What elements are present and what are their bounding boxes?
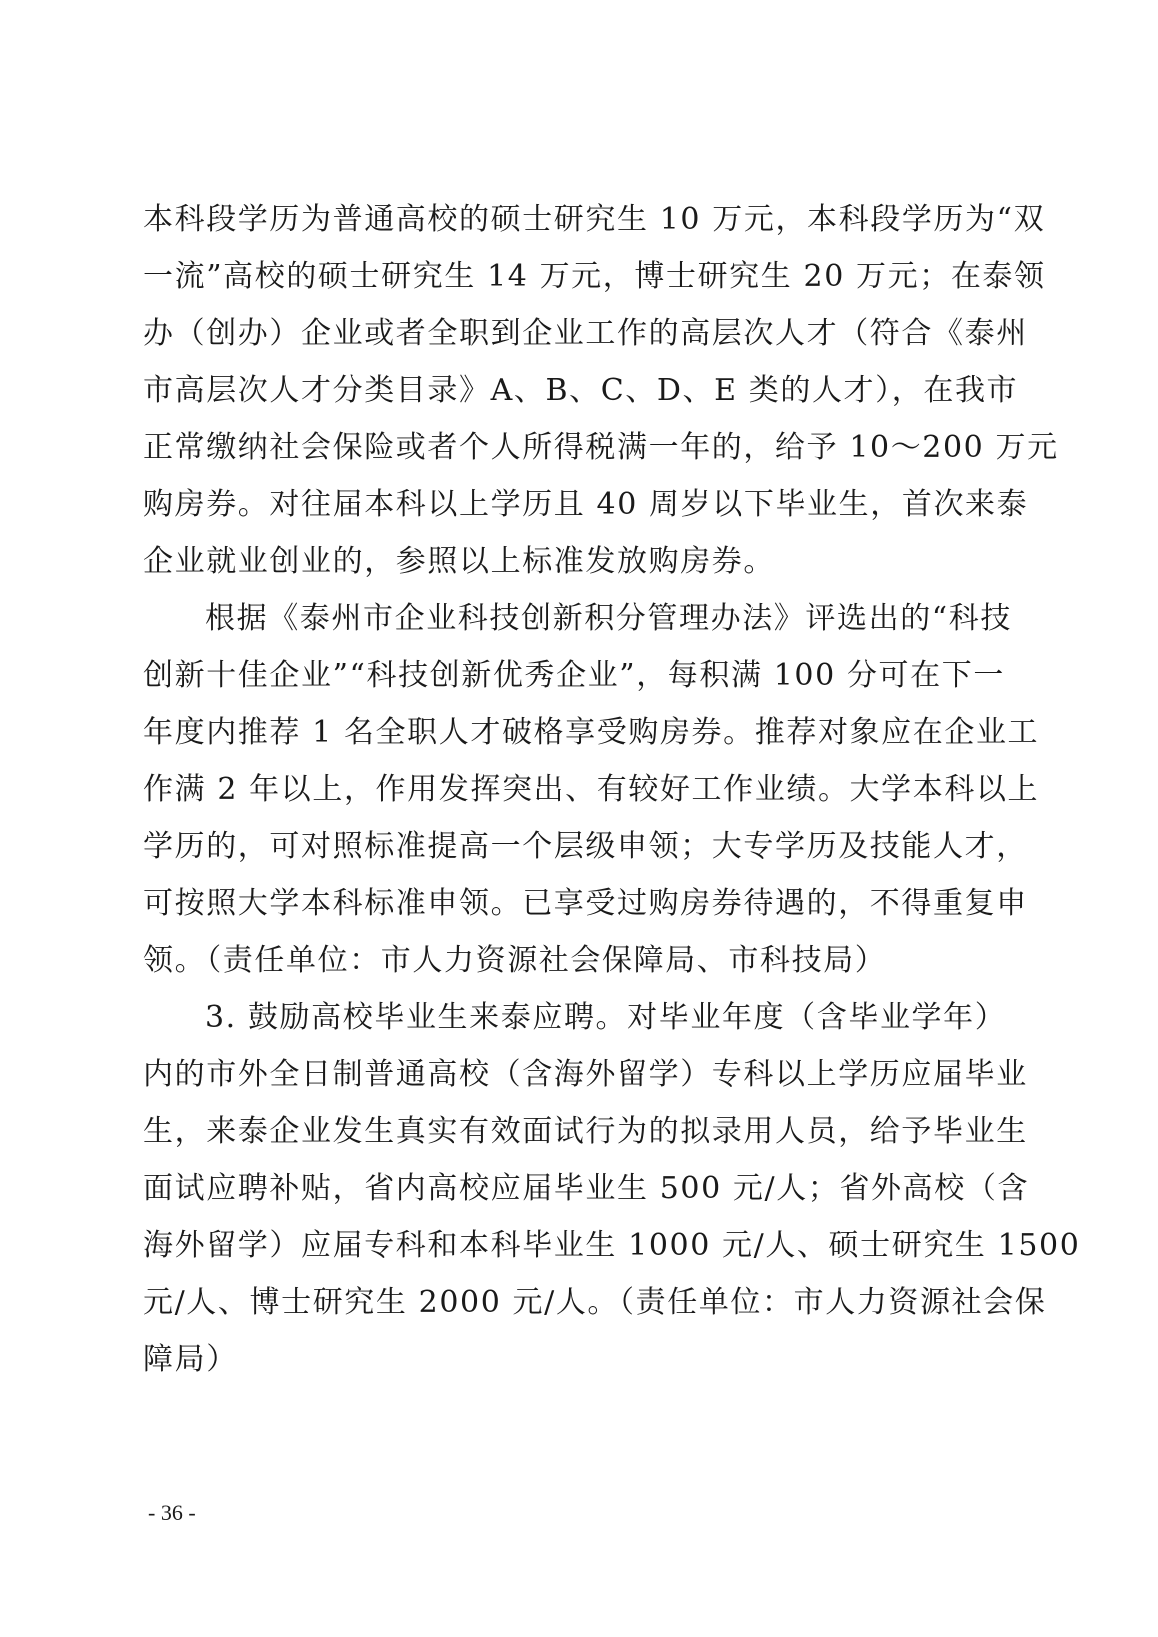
text-line-3: 办（创办）企业或者全职到企业工作的高层次人才（符合《泰州 xyxy=(143,310,965,367)
text-line-1: 本科段学历为普通高校的硕士研究生 10 万元，本科段学历为“双 xyxy=(143,196,965,253)
text-line-11: 作满 2 年以上，作用发挥突出、有较好工作业绩。大学本科以上 xyxy=(143,766,965,823)
text-line-5: 正常缴纳社会保险或者个人所得税满一年的，给予 10～200 万元 xyxy=(143,424,965,481)
text-line-6: 购房券。对往届本科以上学历且 40 周岁以下毕业生，首次来泰 xyxy=(143,481,965,538)
section-heading-3: 3. 鼓励高校毕业生来泰应聘。对毕业年度（含毕业学年） xyxy=(143,994,965,1051)
text-line-16: 内的市外全日制普通高校（含海外留学）专科以上学历应届毕业 xyxy=(143,1051,965,1108)
text-line-19: 海外留学）应届专科和本科毕业生 1000 元/人、硕士研究生 1500 xyxy=(143,1222,965,1279)
body-text: 本科段学历为普通高校的硕士研究生 10 万元，本科段学历为“双 一流”高校的硕士… xyxy=(143,196,965,1393)
text-line-12: 学历的，可对照标准提高一个层级申领；大专学历及技能人才， xyxy=(143,823,965,880)
text-line-20: 元/人、博士研究生 2000 元/人。（责任单位：市人力资源社会保 xyxy=(143,1279,965,1336)
text-line-7: 企业就业创业的，参照以上标准发放购房券。 xyxy=(143,538,965,595)
text-line-2: 一流”高校的硕士研究生 14 万元，博士研究生 20 万元；在泰领 xyxy=(143,253,965,310)
text-line-10: 年度内推荐 1 名全职人才破格享受购房券。推荐对象应在企业工 xyxy=(143,709,965,766)
text-line-8: 根据《泰州市企业科技创新积分管理办法》评选出的“科技 xyxy=(143,595,965,652)
text-line-18: 面试应聘补贴，省内高校应届毕业生 500 元/人；省外高校（含 xyxy=(143,1165,965,1222)
text-line-21: 障局） xyxy=(143,1336,965,1393)
document-page: 本科段学历为普通高校的硕士研究生 10 万元，本科段学历为“双 一流”高校的硕士… xyxy=(0,0,1158,1637)
text-line-9: 创新十佳企业”“科技创新优秀企业”，每积满 100 分可在下一 xyxy=(143,652,965,709)
page-number: - 36 - xyxy=(148,1500,196,1526)
text-line-13: 可按照大学本科标准申领。已享受过购房券待遇的，不得重复申 xyxy=(143,880,965,937)
text-line-17: 生，来泰企业发生真实有效面试行为的拟录用人员，给予毕业生 xyxy=(143,1108,965,1165)
text-line-4: 市高层次人才分类目录》A、B、C、D、E 类的人才），在我市 xyxy=(143,367,965,424)
text-line-14: 领。（责任单位：市人力资源社会保障局、市科技局） xyxy=(143,937,965,994)
